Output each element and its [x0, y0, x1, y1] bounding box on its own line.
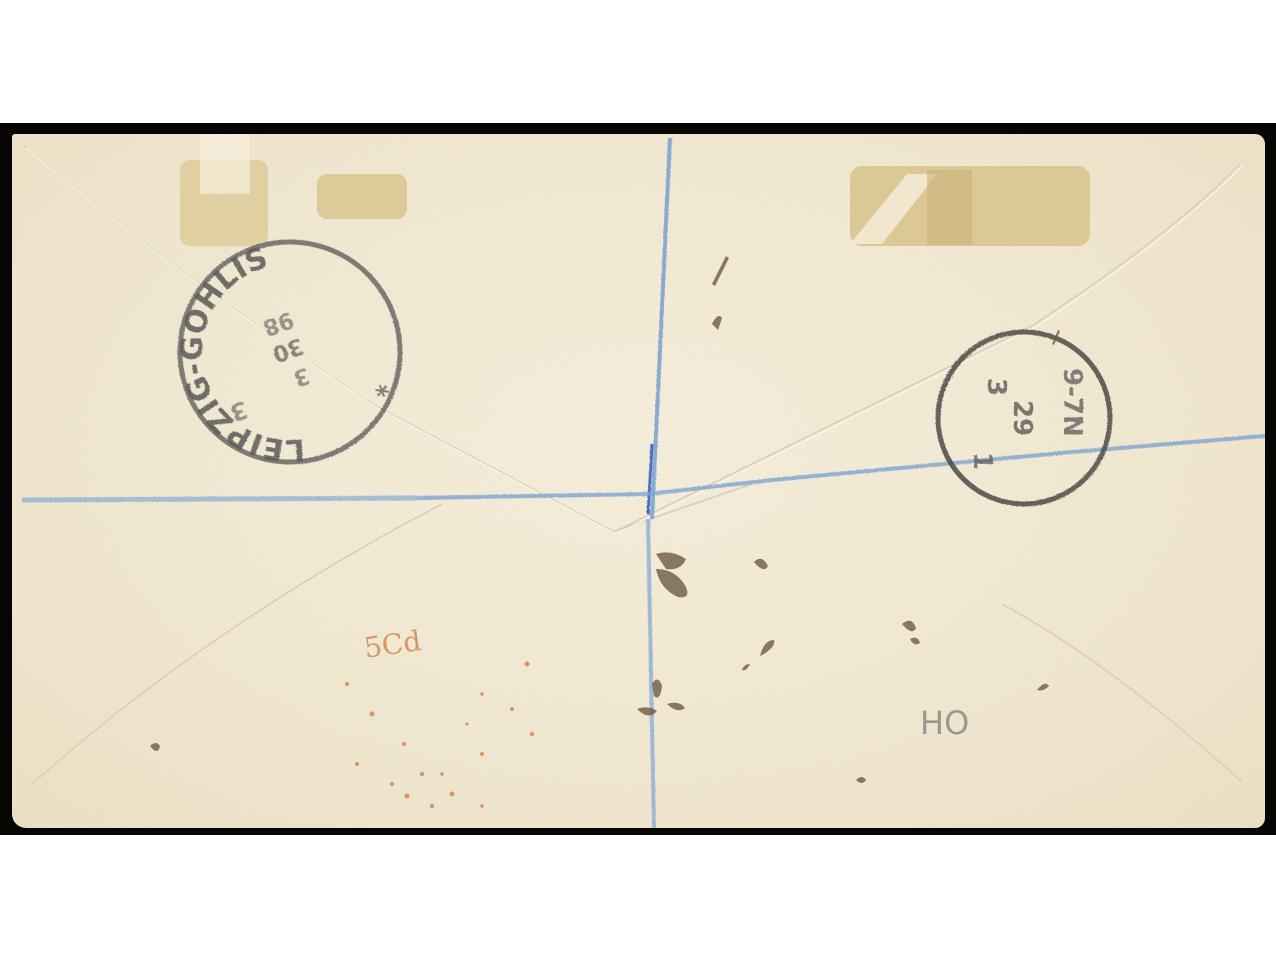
pencil-note: HO: [920, 704, 969, 742]
svg-text:9-7N: 9-7N: [1057, 368, 1087, 437]
svg-text:3: 3: [981, 378, 1011, 396]
svg-text:1: 1: [967, 452, 997, 470]
svg-text:29: 29: [1007, 400, 1037, 436]
envelope-artwork: LEIPZIG-GOHLIS 3 30 98 3 * 3 29 9-7N 1 5…: [12, 134, 1265, 828]
envelope-back: LEIPZIG-GOHLIS 3 30 98 3 * 3 29 9-7N 1 5…: [12, 134, 1265, 828]
